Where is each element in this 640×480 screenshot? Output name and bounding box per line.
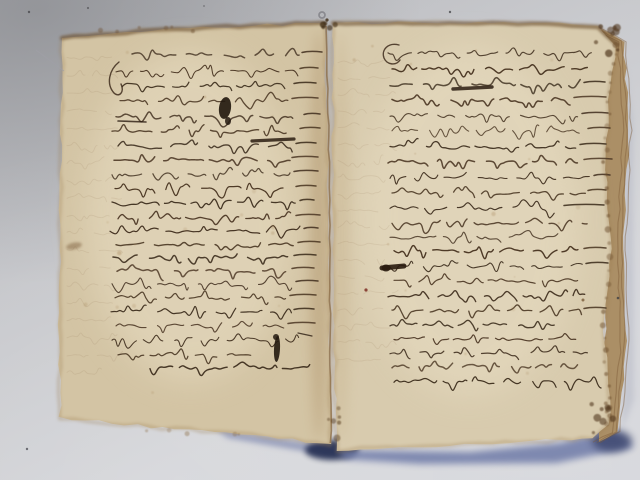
manuscript-scene	[0, 0, 640, 480]
manuscript-photo	[0, 0, 640, 480]
right-page	[331, 21, 617, 451]
